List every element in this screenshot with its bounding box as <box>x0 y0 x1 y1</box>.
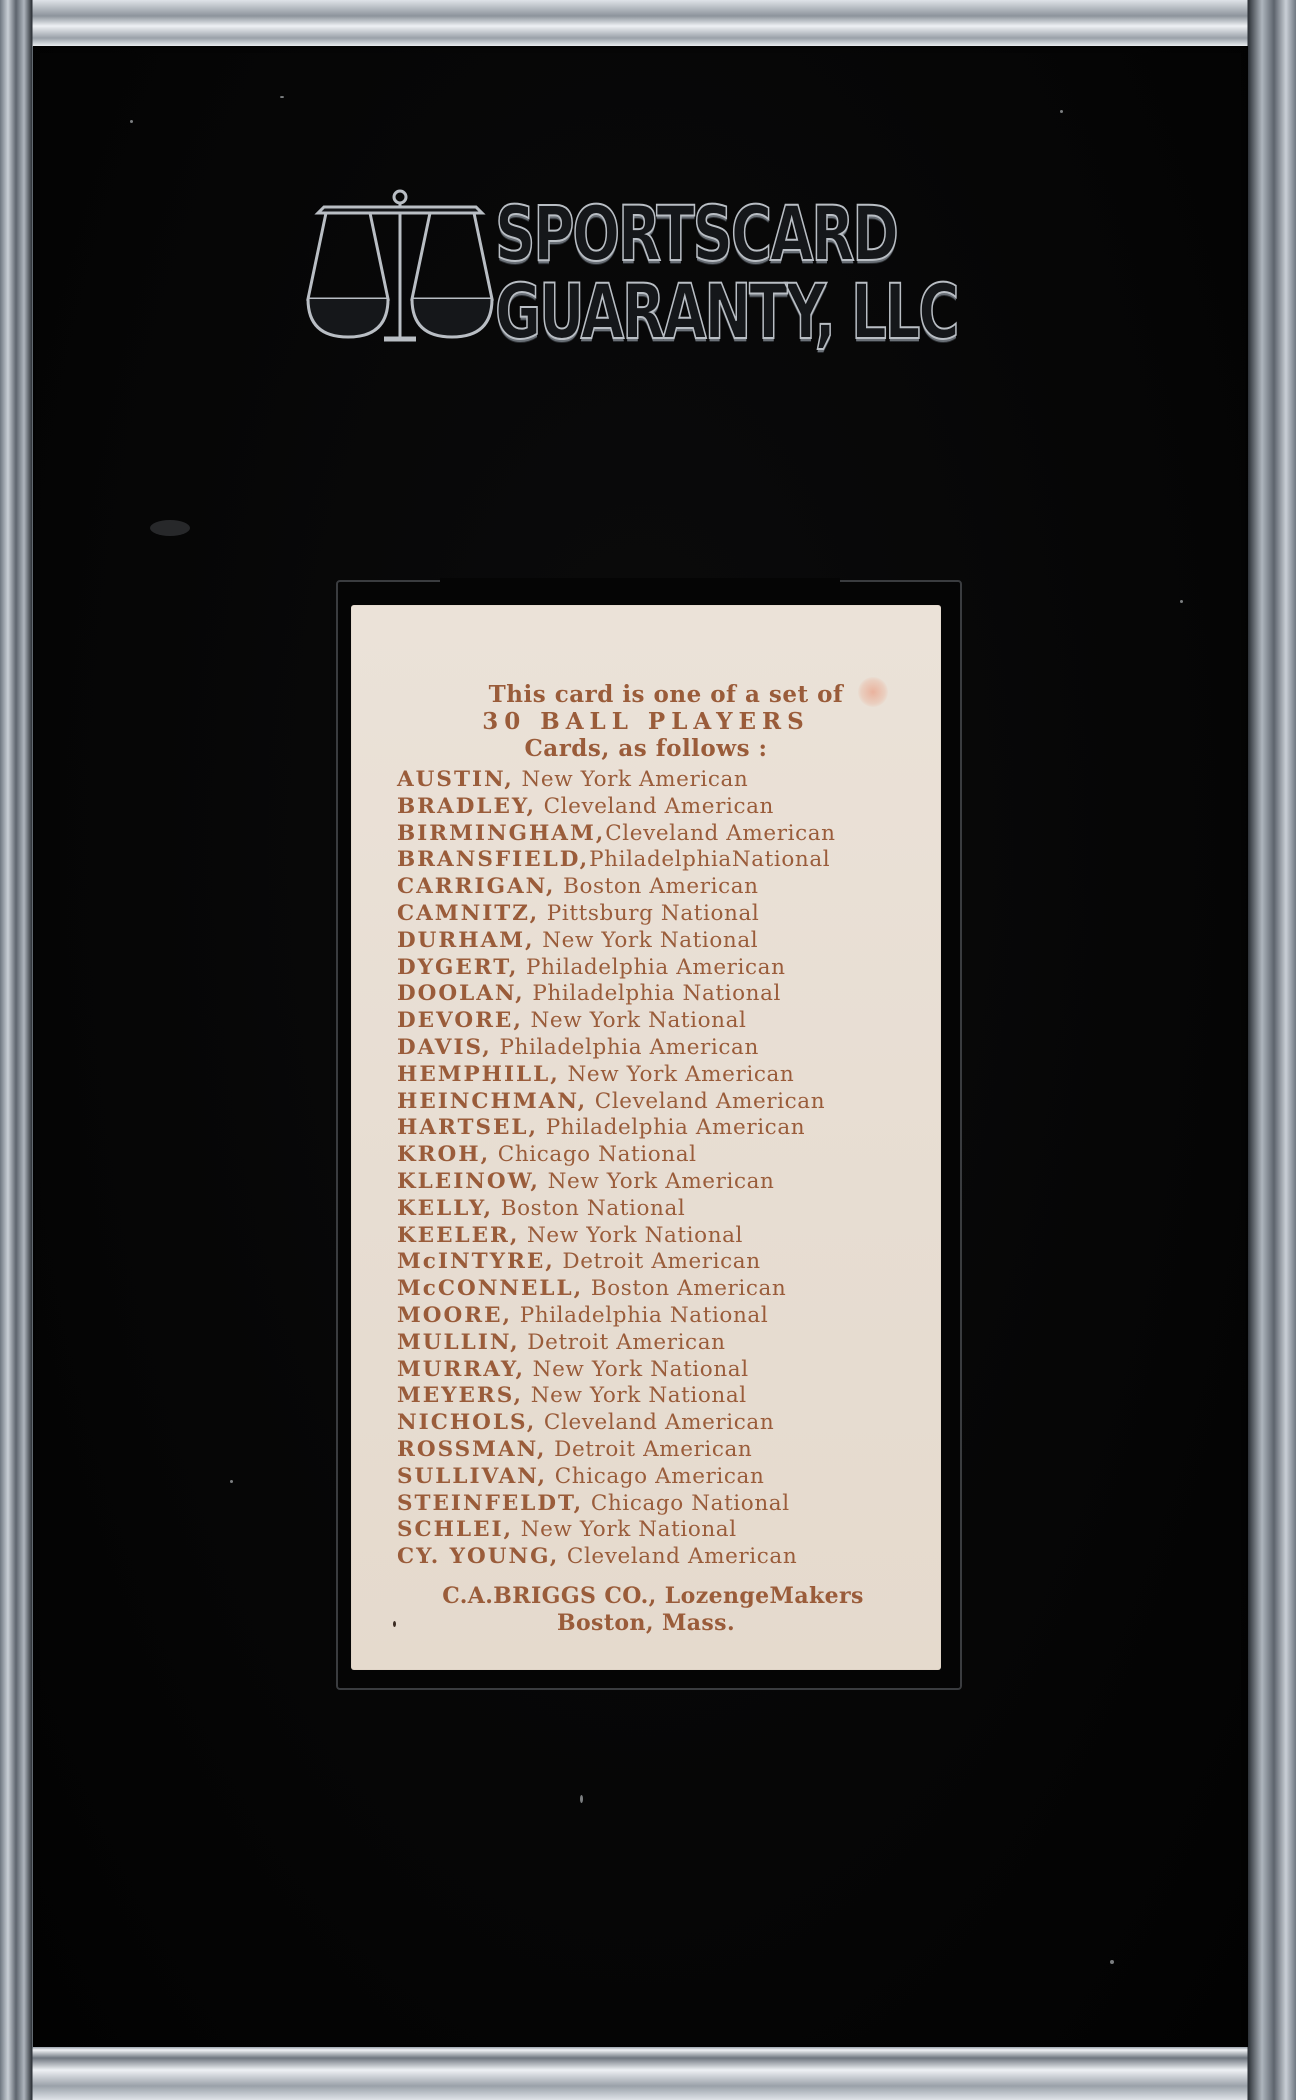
dust-speck <box>1180 600 1183 603</box>
player-row: KLEINOW, New York American <box>397 1169 927 1196</box>
header-line-1: This card is one of a set of <box>351 681 941 708</box>
dust-speck <box>1110 1960 1114 1964</box>
player-row: SCHLEI, New York National <box>397 1517 927 1544</box>
player-row: AUSTIN, New York American <box>397 767 927 794</box>
dust-speck <box>580 1795 583 1803</box>
player-row: DAVIS, Philadelphia American <box>397 1035 927 1062</box>
player-row: BIRMINGHAM,Cleveland American <box>397 821 927 848</box>
player-row: KELLY, Boston National <box>397 1196 927 1223</box>
player-row: HARTSEL, Philadelphia American <box>397 1115 927 1142</box>
player-row: ROSSMAN, Detroit American <box>397 1437 927 1464</box>
logo-text-guaranty: GUARANTY, LLC <box>495 267 957 356</box>
player-row: DYGERT, Philadelphia American <box>397 955 927 982</box>
player-list: AUSTIN, New York American BRADLEY, Cleve… <box>397 767 927 1571</box>
player-row: KROH, Chicago National <box>397 1142 927 1169</box>
player-row: DOOLAN, Philadelphia National <box>397 981 927 1008</box>
player-row: HEINCHMAN, Cleveland American <box>397 1089 927 1116</box>
dust-speck <box>130 120 133 123</box>
player-row: STEINFELDT, Chicago National <box>397 1491 927 1518</box>
player-row: BRANSFIELD,PhiladelphiaNational <box>397 847 927 874</box>
dust-speck <box>230 1480 233 1483</box>
player-row: DEVORE, New York National <box>397 1008 927 1035</box>
player-row: MULLIN, Detroit American <box>397 1330 927 1357</box>
scales-of-justice-icon <box>304 187 496 347</box>
player-row: DURHAM, New York National <box>397 928 927 955</box>
player-row: MOORE, Philadelphia National <box>397 1303 927 1330</box>
header-line-2: 30 BALL PLAYERS <box>351 708 941 735</box>
player-row: CARRIGAN, Boston American <box>397 874 927 901</box>
player-row: MURRAY, New York National <box>397 1357 927 1384</box>
ink-fleck <box>393 1621 396 1627</box>
city-line: Boston, Mass. <box>351 1610 941 1637</box>
player-row: BRADLEY, Cleveland American <box>397 794 927 821</box>
player-row: McCONNELL, Boston American <box>397 1276 927 1303</box>
player-row: CY. YOUNG, Cleveland American <box>397 1544 927 1571</box>
maker-line: C.A.BRIGGS CO., LozengeMakers <box>351 1583 941 1610</box>
player-row: McINTYRE, Detroit American <box>397 1249 927 1276</box>
card-holder-notch <box>440 578 840 608</box>
logo-text-sportscard: SPORTSCARD <box>495 189 897 278</box>
dust-smudge <box>150 520 190 536</box>
header-line-3: Cards, as follows : <box>351 735 941 762</box>
card-header: This card is one of a set of 30 BALL PLA… <box>351 681 941 762</box>
player-row: KEELER, New York National <box>397 1223 927 1250</box>
player-row: HEMPHILL, New York American <box>397 1062 927 1089</box>
dust-speck <box>1060 110 1063 113</box>
player-row: SULLIVAN, Chicago American <box>397 1464 927 1491</box>
player-row: MEYERS, New York National <box>397 1383 927 1410</box>
dust-speck <box>280 96 284 98</box>
player-row: NICHOLS, Cleveland American <box>397 1410 927 1437</box>
card-footer: C.A.BRIGGS CO., LozengeMakers Boston, Ma… <box>351 1583 941 1637</box>
sgc-logo: SPORTSCARD GUARANTY, LLC <box>300 185 990 355</box>
baseball-card-back: This card is one of a set of 30 BALL PLA… <box>351 605 941 1670</box>
player-row: CAMNITZ, Pittsburg National <box>397 901 927 928</box>
